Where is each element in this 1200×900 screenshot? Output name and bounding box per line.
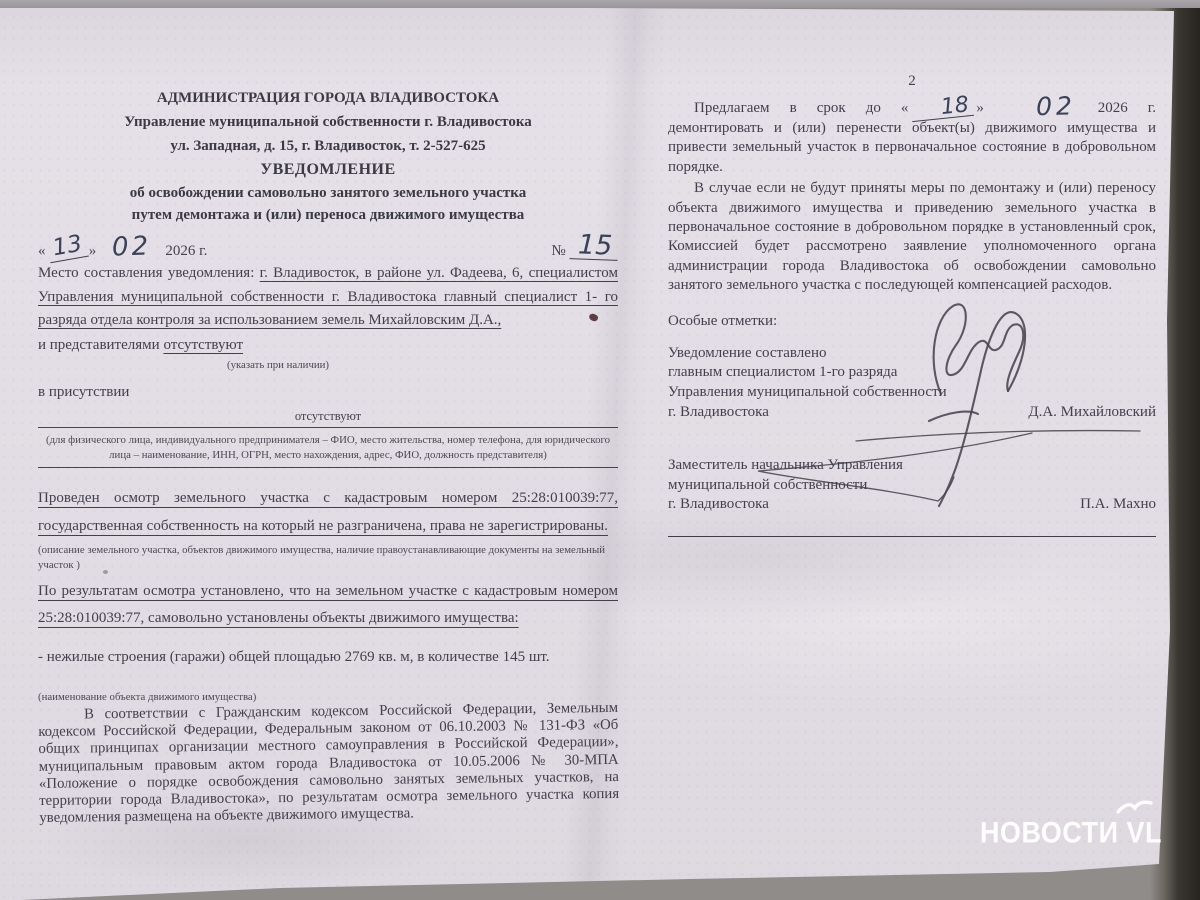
- horizontal-rule: [38, 427, 618, 428]
- ink-speck: [103, 570, 108, 574]
- doc-number-label: №: [551, 243, 565, 260]
- deputy-block: Заместитель начальника Управления муници…: [668, 456, 1156, 515]
- horizontal-rule: [38, 467, 618, 468]
- results-paragraph: По результатам осмотра установлено, что …: [38, 578, 618, 632]
- representatives-label: и представителями: [38, 337, 160, 353]
- org-address: ул. Западная, д. 15, г. Владивосток, т. …: [38, 134, 618, 158]
- deadline-quote-open: «: [901, 100, 909, 116]
- deadline-prefix: Предлагаем в срок до: [694, 100, 881, 116]
- org-department: Управление муниципальной собственности г…: [38, 110, 618, 134]
- page-2: 2 Предлагаем в срок до «18»022026 г. дем…: [668, 70, 1156, 537]
- warning-paragraph: В случае если не будут приняты меры по д…: [668, 179, 1156, 295]
- photo-background: АДМИНИСТРАЦИЯ ГОРОДА ВЛАДИВОСТОКА Управл…: [0, 0, 1200, 900]
- page-1: АДМИНИСТРАЦИЯ ГОРОДА ВЛАДИВОСТОКА Управл…: [38, 86, 618, 827]
- deputy-line: Заместитель начальника Управления: [668, 456, 1156, 476]
- handwritten-month: 02: [112, 233, 152, 260]
- representatives-line: и представителями отсутствуют: [38, 334, 618, 356]
- objects-line: - нежилые строения (гаражи) общей площад…: [38, 646, 618, 668]
- doc-subtitle-2: путем демонтажа и (или) переноса движимо…: [38, 204, 618, 226]
- deadline-quote-close: »: [976, 100, 984, 116]
- handwritten-deadline-day: 18: [910, 94, 974, 122]
- inspection-paragraph: Проведен осмотр земельного участка с кад…: [38, 484, 618, 540]
- date-row: « 13 » 02 2026 г. № 15: [38, 230, 618, 260]
- composed-by-block: Уведомление составлено главным специалис…: [668, 344, 1156, 423]
- deadline-paragraph: Предлагаем в срок до «18»022026 г. демон…: [668, 94, 1156, 177]
- special-notes-label: Особые отметки:: [668, 311, 1156, 331]
- place-paragraph: Место составления уведомления: г. Владив…: [38, 262, 618, 333]
- signer-name-makhno: П.А. Махно: [1080, 495, 1156, 515]
- representatives-value: отсутствуют: [163, 337, 243, 353]
- handwritten-doc-number: 15: [569, 231, 618, 261]
- composed-line: Управления муниципальной собственности: [668, 383, 1156, 403]
- legal-paragraph: В соответствии с Гражданским кодексом Ро…: [38, 699, 619, 826]
- org-name: АДМИНИСТРАЦИЯ ГОРОДА ВЛАДИВОСТОКА: [38, 86, 618, 110]
- doc-subtitle-1: об освобождении самовольно занятого земе…: [38, 182, 618, 204]
- presence-value: отсутствуют: [38, 407, 618, 425]
- inspection-hint: (описание земельного участка, объектов д…: [38, 543, 618, 573]
- composed-line: Уведомление составлено: [668, 344, 1156, 364]
- place-label: Место составления уведомления:: [38, 265, 254, 281]
- presence-hint: (для физического лица, индивидуального п…: [44, 433, 612, 463]
- date-quote-open: «: [38, 243, 46, 260]
- watermark-text: НОВОСТИ VL: [980, 817, 1162, 850]
- horizontal-rule: [668, 536, 1156, 537]
- signer-name-mikhailovsky: Д.А. Михайловский: [1028, 403, 1156, 423]
- date-quote-close: »: [89, 243, 97, 260]
- handwritten-deadline-month: 02: [1010, 93, 1076, 114]
- seagull-icon: [1114, 796, 1154, 816]
- doc-title: УВЕДОМЛЕНИЕ: [38, 158, 618, 182]
- presence-label: в присутствии: [38, 381, 618, 403]
- composed-line: главным специалистом 1-го разряда: [668, 363, 1156, 383]
- handwritten-day: 13: [46, 232, 89, 263]
- representatives-hint: (указать при наличии): [148, 358, 408, 373]
- date-year: 2026 г.: [165, 243, 207, 260]
- deputy-line: муниципальной собственности: [668, 476, 1156, 496]
- document-paper: АДМИНИСТРАЦИЯ ГОРОДА ВЛАДИВОСТОКА Управл…: [0, 0, 1200, 900]
- page-number: 2: [668, 70, 1156, 92]
